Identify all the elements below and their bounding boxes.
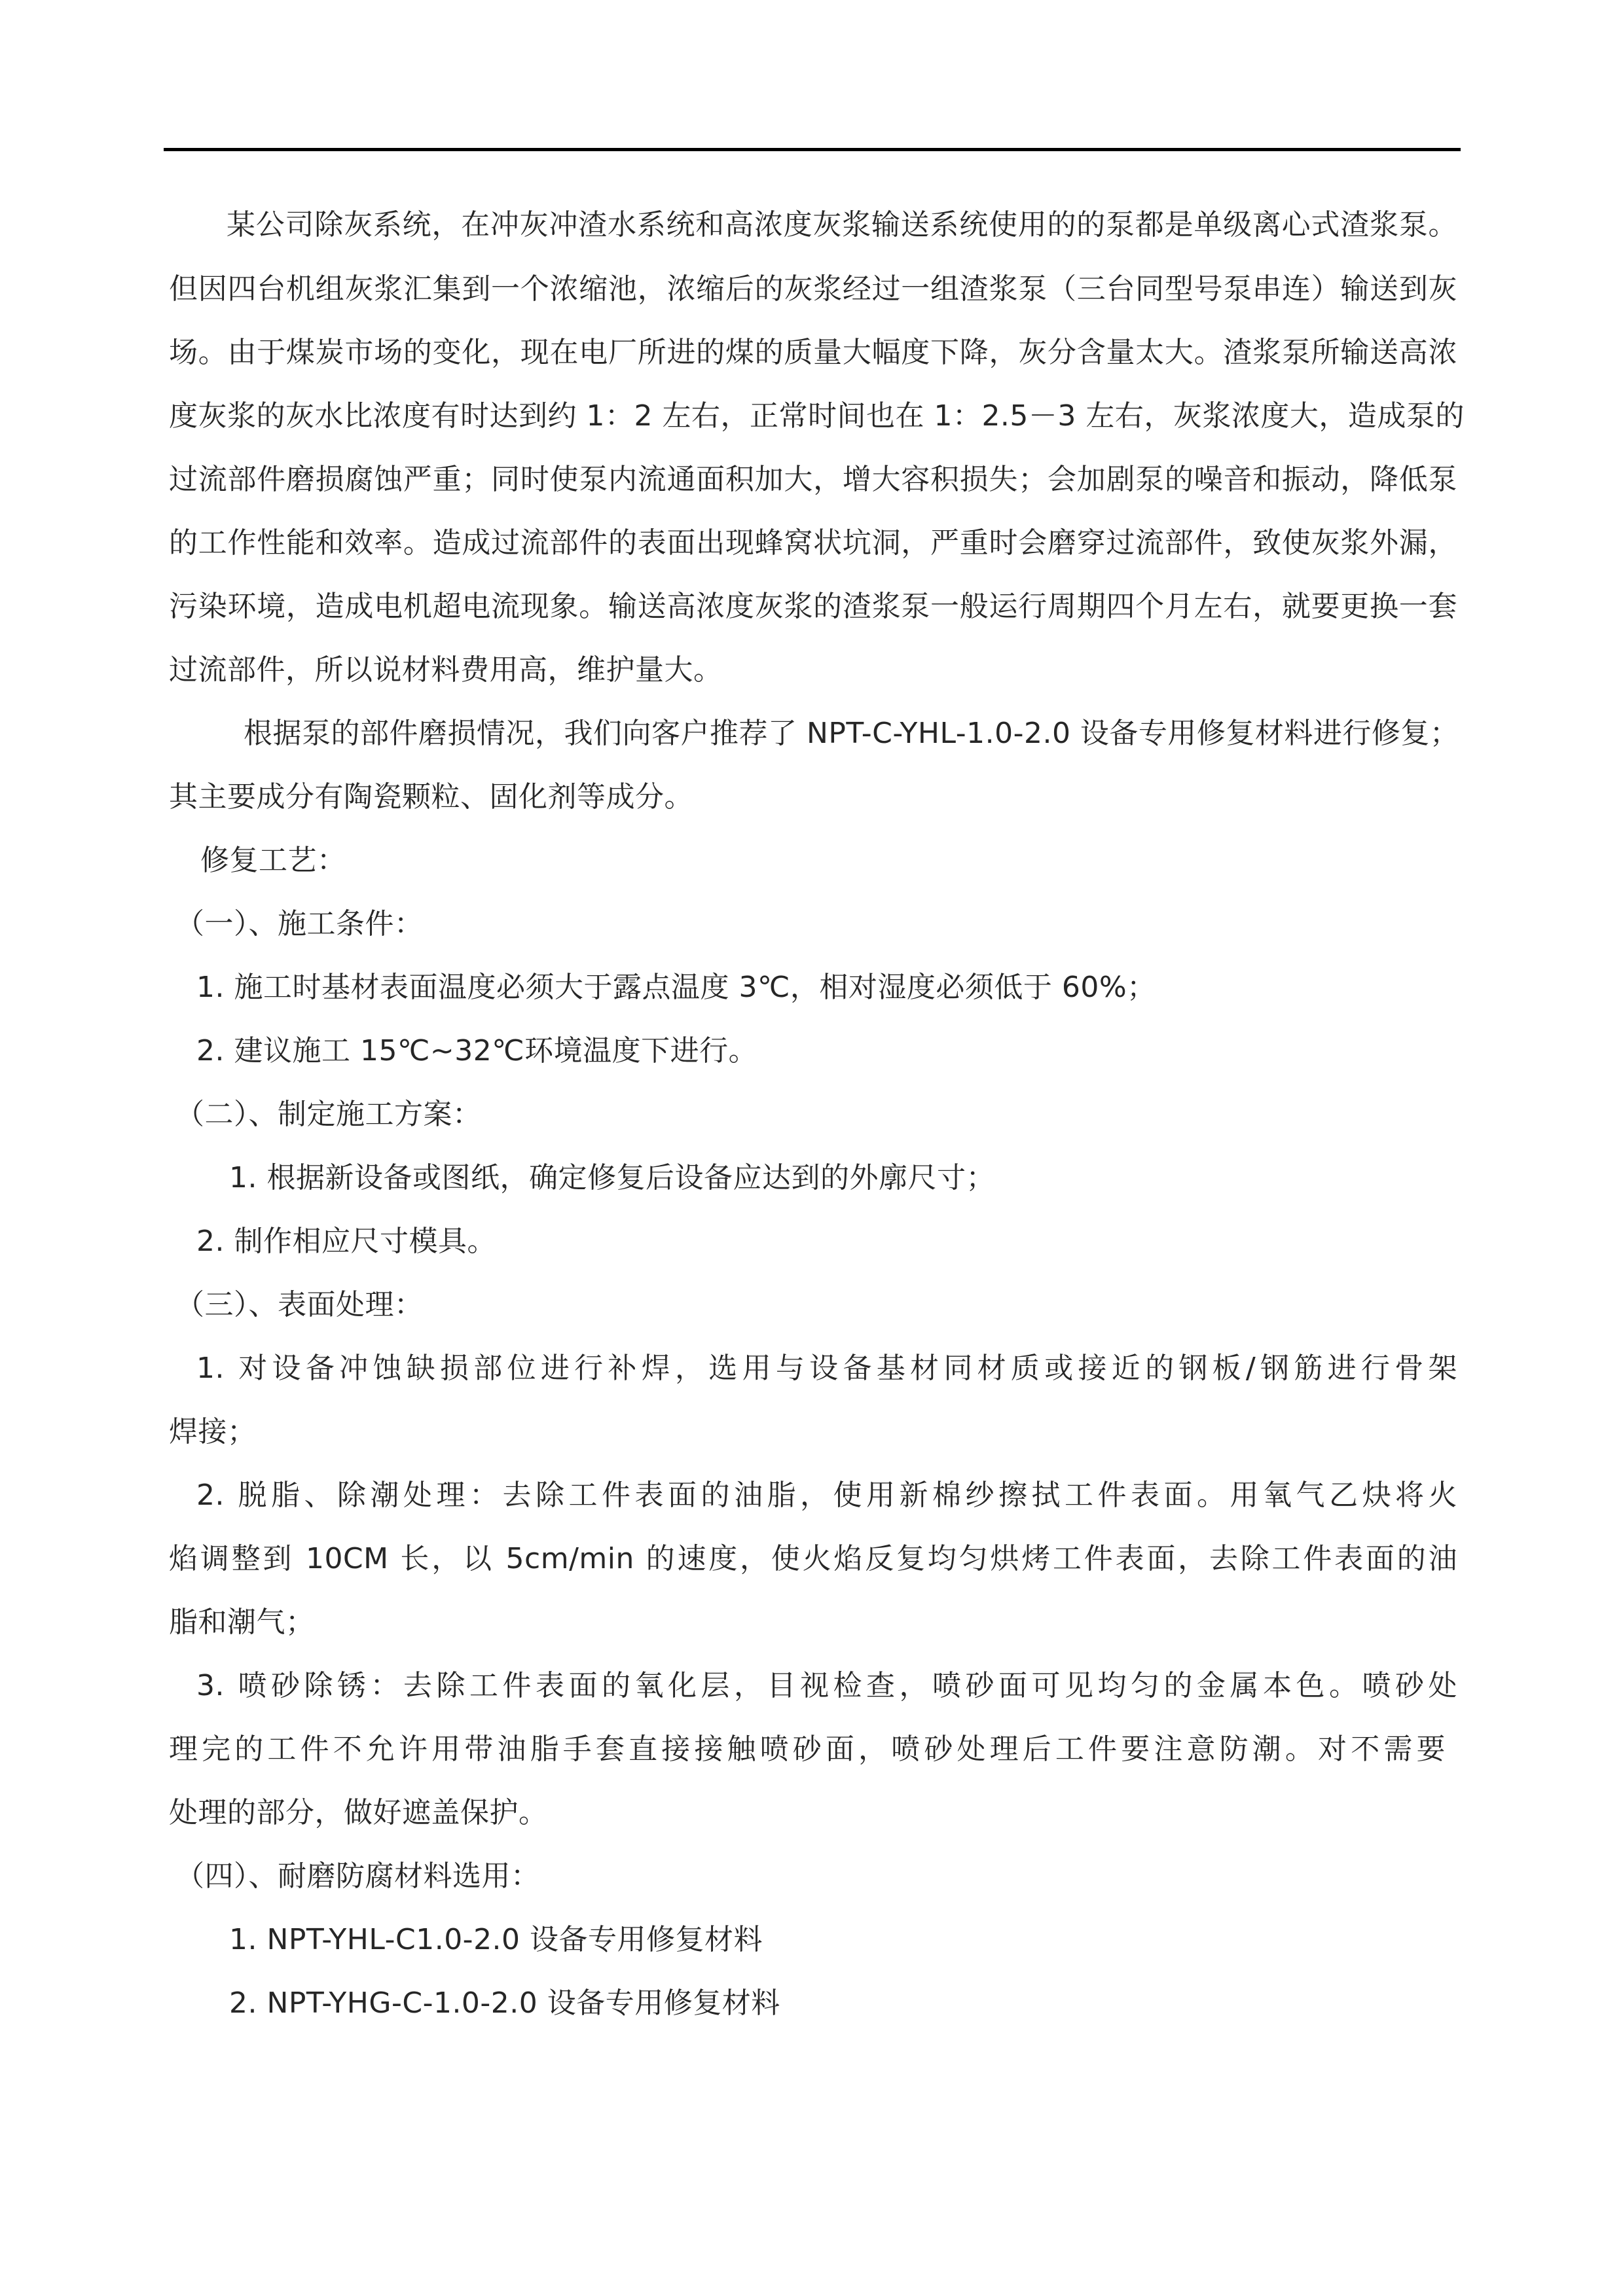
- paragraph-line: 污染环境，造成电机超电流现象。输送高浓度灰浆的渣浆泵一般运行周期四个月左右，就要…: [169, 590, 1457, 624]
- header-rule: [164, 148, 1461, 151]
- list-item: 2. NPT-YHG-C-1.0-2.0 设备专用修复材料: [229, 1986, 780, 2020]
- list-item-continuation: 焊接；: [169, 1415, 257, 1449]
- section-heading: （四）、耐磨防腐材料选用：: [175, 1859, 540, 1893]
- list-item: 1. NPT-YHL-C1.0-2.0 设备专用修复材料: [229, 1923, 763, 1957]
- list-item: 1. 对设备冲蚀缺损部位进行补焊，选用与设备基材同材质或接近的钢板/钢筋进行骨架: [196, 1352, 1457, 1386]
- list-item-continuation: 理完的工件不允许用带油脂手套直接接触喷砂面，喷砂处理后工件要注意防潮。对不需要: [169, 1732, 1446, 1767]
- paragraph-line: 过流部件磨损腐蚀严重；同时使泵内流通面积加大，增大容积损失；会加剧泵的噪音和振动…: [169, 463, 1457, 497]
- paragraph-line: 场。由于煤炭市场的变化，现在电厂所进的煤的质量大幅度下降，灰分含量太大。渣浆泵所…: [169, 336, 1457, 370]
- list-item-continuation: 脂和潮气；: [169, 1605, 315, 1640]
- list-item: 2. 建议施工 15℃~32℃环境温度下进行。: [196, 1034, 757, 1068]
- paragraph-line: 但因四台机组灰浆汇集到一个浓缩池，浓缩后的灰浆经过一组渣浆泵（三台同型号泵串连）…: [169, 272, 1457, 306]
- list-item-continuation: 处理的部分，做好遮盖保护。: [169, 1796, 548, 1830]
- list-item: 1. 根据新设备或图纸，确定修复后设备应达到的外廓尺寸；: [229, 1161, 995, 1195]
- paragraph-line: 度灰浆的灰水比浓度有时达到约 1：2 左右，正常时间也在 1：2.5－3 左右，…: [169, 399, 1457, 433]
- section-heading: （三）、表面处理：: [175, 1288, 424, 1322]
- paragraph-line: 根据泵的部件磨损情况，我们向客户推荐了 NPT-C-YHL-1.0-2.0 设备…: [244, 717, 1459, 751]
- list-item: 1. 施工时基材表面温度必须大于露点温度 3℃，相对湿度必须低于 60%；: [196, 971, 1156, 1005]
- paragraph-line: 的工作性能和效率。造成过流部件的表面出现蜂窝状坑洞，严重时会磨穿过流部件，致使灰…: [169, 526, 1457, 560]
- section-heading: （二）、制定施工方案：: [175, 1098, 482, 1132]
- paragraph-line: 某公司除灰系统，在冲灰冲渣水系统和高浓度灰浆输送系统使用的的泵都是单级离心式渣浆…: [227, 208, 1457, 242]
- list-item: 2. 脱脂、除潮处理：去除工件表面的油脂，使用新棉纱擦拭工件表面。用氧气乙炔将火: [196, 1479, 1457, 1513]
- list-item: 3. 喷砂除锈：去除工件表面的氧化层，目视检查，喷砂面可见均匀的金属本色。喷砂处: [196, 1669, 1457, 1703]
- process-title: 修复工艺：: [200, 844, 346, 878]
- section-heading: （一）、施工条件：: [175, 907, 424, 941]
- list-item-continuation: 焰调整到 10CM 长，以 5cm/min 的速度，使火焰反复均匀烘烤工件表面，…: [169, 1542, 1457, 1576]
- list-item: 2. 制作相应尺寸模具。: [196, 1225, 496, 1259]
- paragraph-line: 过流部件，所以说材料费用高，维护量大。: [169, 653, 723, 687]
- paragraph-line: 其主要成分有陶瓷颗粒、固化剂等成分。: [169, 780, 693, 814]
